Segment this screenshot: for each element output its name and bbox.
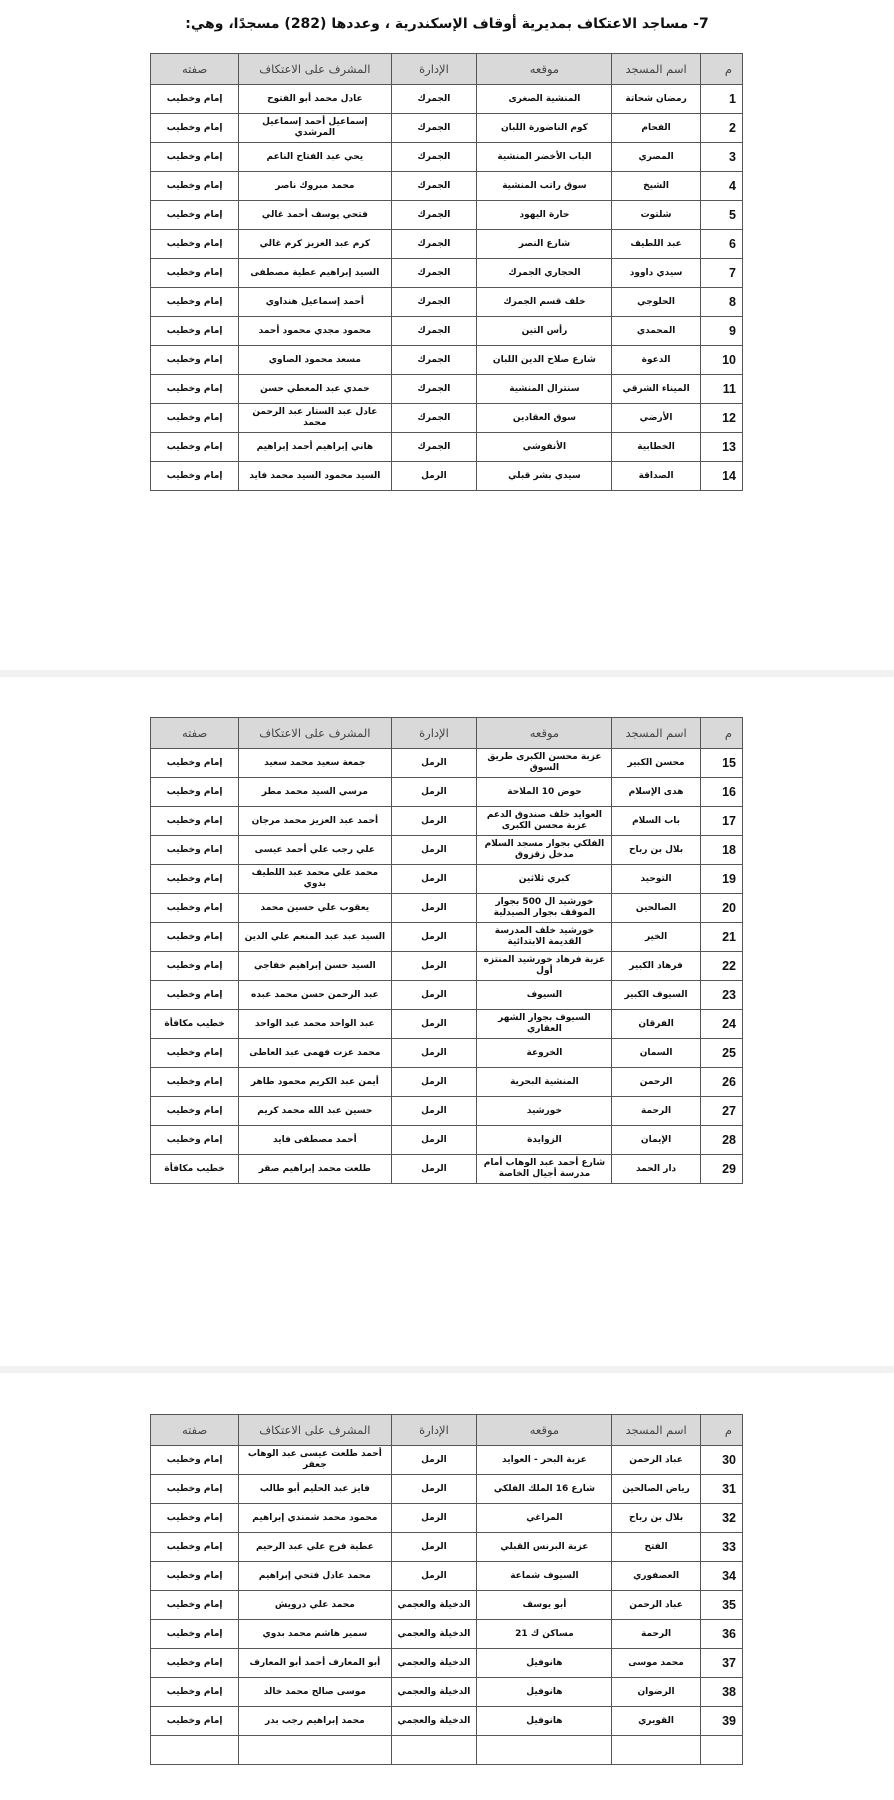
column-header-mosque-location: موقعه — [477, 54, 612, 85]
cell-supervisor-name: محمود محمد شمندي إبراهيم — [239, 1504, 391, 1533]
cell-row-number: 25 — [700, 1039, 742, 1068]
cell-supervisor-name: طلعت محمد إبراهيم صقر — [239, 1155, 391, 1184]
column-header-mosque-name: اسم المسجد — [612, 1415, 700, 1446]
cell-administration: الدخيلة والعجمي — [391, 1678, 477, 1707]
cell-administration: الرمل — [391, 1562, 477, 1591]
cell-row-number: 34 — [700, 1562, 742, 1591]
cell-supervisor-role: إمام وخطيب — [151, 1126, 239, 1155]
column-header-row-number: م — [700, 1415, 742, 1446]
table-row: 39القويريهانوفيلالدخيلة والعجميمحمد إبرا… — [151, 1707, 743, 1736]
cell-mosque-name: الخير — [612, 923, 700, 952]
cell-administration: الجمرك — [391, 317, 477, 346]
cell-administration: الجمرك — [391, 85, 477, 114]
cell-mosque-location: هانوفيل — [477, 1707, 612, 1736]
cell-mosque-location: الأنفوشي — [477, 433, 612, 462]
page-title: 7- مساجد الاعتكاف بمديرية أوقاف الإسكندر… — [0, 16, 894, 32]
table-row: 2الفحامكوم الناضورة اللبانالجمركإسماعيل … — [151, 114, 743, 143]
cell-mosque-name: محمد موسى — [612, 1649, 700, 1678]
table-row: 32بلال بن رباحالمراغيالرملمحمود محمد شمن… — [151, 1504, 743, 1533]
cell-supervisor-name: إسماعيل أحمد إسماعيل المرشدي — [239, 114, 391, 143]
cell-mosque-name: السمان — [612, 1039, 700, 1068]
cell-supervisor-name: محمد علي درويش — [239, 1591, 391, 1620]
cell-mosque-name: التوحيد — [612, 865, 700, 894]
cell-mosque-name: محسن الكبير — [612, 749, 700, 778]
cell-mosque-location: الخروعة — [477, 1039, 612, 1068]
table-row: 1رمضان شحاتةالمنشية الصغرىالجمركعادل محم… — [151, 85, 743, 114]
cell-mosque-name — [612, 1736, 700, 1765]
cell-mosque-name: الإيمان — [612, 1126, 700, 1155]
cell-supervisor-name: محمد عزت فهمى عبد العاطى — [239, 1039, 391, 1068]
cell-administration: الجمرك — [391, 259, 477, 288]
cell-administration: الدخيلة والعجمي — [391, 1649, 477, 1678]
cell-supervisor-name: حمدي عبد المعطي حسن — [239, 375, 391, 404]
cell-supervisor-role: إمام وخطيب — [151, 404, 239, 433]
cell-supervisor-name: أحمد طلعت عيسى عبد الوهاب جعفر — [239, 1446, 391, 1475]
cell-mosque-location: كبري ثلاثين — [477, 865, 612, 894]
cell-administration: الرمل — [391, 1039, 477, 1068]
cell-row-number: 39 — [700, 1707, 742, 1736]
cell-row-number: 16 — [700, 778, 742, 807]
cell-supervisor-name: كرم عبد العزيز كرم غالي — [239, 230, 391, 259]
cell-mosque-location: خورشيد ال 500 بجوار الموقف بجوار الصيدلي… — [477, 894, 612, 923]
cell-administration: الجمرك — [391, 288, 477, 317]
table-row: 13الخطابيةالأنفوشيالجمركهاني إبراهيم أحم… — [151, 433, 743, 462]
table-row: 5شلتوتحارة اليهودالجمركفتحي يوسف أحمد غا… — [151, 201, 743, 230]
cell-mosque-location: المنشية الصغرى — [477, 85, 612, 114]
cell-mosque-name: الدعوة — [612, 346, 700, 375]
cell-mosque-location: شارع 16 الملك الفلكي — [477, 1475, 612, 1504]
cell-row-number: 19 — [700, 865, 742, 894]
cell-mosque-location: العوايد خلف صندوق الدعم عزبة محسن الكبرى — [477, 807, 612, 836]
column-header-supervisor-role: صفته — [151, 54, 239, 85]
cell-mosque-location — [477, 1736, 612, 1765]
column-header-supervisor-name: المشرف على الاعتكاف — [239, 54, 391, 85]
column-header-mosque-location: موقعه — [477, 718, 612, 749]
cell-supervisor-name: محمود مجدي محمود أحمد — [239, 317, 391, 346]
cell-mosque-name: رمضان شحاتة — [612, 85, 700, 114]
cell-mosque-location: حوض 10 الملاحة — [477, 778, 612, 807]
cell-row-number: 35 — [700, 1591, 742, 1620]
cell-supervisor-name: محمد مبروك ناصر — [239, 172, 391, 201]
cell-supervisor-name — [239, 1736, 391, 1765]
cell-mosque-name: فرهاد الكبير — [612, 952, 700, 981]
table-row: 33الفتحعزبة البرنس القبليالرملعطية فرج ع… — [151, 1533, 743, 1562]
cell-mosque-name: عباد الرحمن — [612, 1591, 700, 1620]
cell-supervisor-role: إمام وخطيب — [151, 923, 239, 952]
cell-mosque-name: الأرضي — [612, 404, 700, 433]
cell-row-number: 15 — [700, 749, 742, 778]
cell-mosque-location: عزبة محسن الكبرى طريق السوق — [477, 749, 612, 778]
cell-supervisor-role: إمام وخطيب — [151, 952, 239, 981]
table-row: 36الرحمةمساكن ك 21الدخيلة والعجميسمير ها… — [151, 1620, 743, 1649]
column-header-administration: الإدارة — [391, 1415, 477, 1446]
cell-supervisor-role: إمام وخطيب — [151, 1504, 239, 1533]
cell-supervisor-role: إمام وخطيب — [151, 1039, 239, 1068]
cell-mosque-name: الصداقة — [612, 462, 700, 491]
cell-supervisor-role: إمام وخطيب — [151, 807, 239, 836]
cell-administration: الجمرك — [391, 172, 477, 201]
cell-administration: الرمل — [391, 923, 477, 952]
cell-supervisor-role: إمام وخطيب — [151, 230, 239, 259]
cell-supervisor-name: عبد الواحد محمد عبد الواحد — [239, 1010, 391, 1039]
table-row: 21الخيرخورشيد خلف المدرسة القديمة الابتد… — [151, 923, 743, 952]
cell-row-number: 17 — [700, 807, 742, 836]
cell-supervisor-name: عادل عبد الستار عبد الرحمن محمد — [239, 404, 391, 433]
cell-mosque-location: السيوف بجوار الشهر العقاري — [477, 1010, 612, 1039]
cell-supervisor-role: إمام وخطيب — [151, 114, 239, 143]
cell-supervisor-role: إمام وخطيب — [151, 836, 239, 865]
cell-supervisor-role: إمام وخطيب — [151, 85, 239, 114]
table-row: 26الرحمنالمنشية البحريةالرملأيمن عبد الك… — [151, 1068, 743, 1097]
cell-administration: الرمل — [391, 807, 477, 836]
cell-supervisor-role: إمام وخطيب — [151, 1446, 239, 1475]
cell-mosque-name: الرحمة — [612, 1097, 700, 1126]
cell-row-number: 3 — [700, 143, 742, 172]
table-row: 34العصفوريالسيوف شماعةالرملمحمد عادل فتح… — [151, 1562, 743, 1591]
cell-mosque-name: المحمدي — [612, 317, 700, 346]
cell-supervisor-name: سمير هاشم محمد بدوي — [239, 1620, 391, 1649]
cell-mosque-location: عزبة البحر - العوايد — [477, 1446, 612, 1475]
table-row: 38الرضوانهانوفيلالدخيلة والعجميموسى صالح… — [151, 1678, 743, 1707]
table-row: 29دار الحمدشارع أحمد عبد الوهاب أمام مدر… — [151, 1155, 743, 1184]
cell-supervisor-role: إمام وخطيب — [151, 778, 239, 807]
cell-supervisor-role: إمام وخطيب — [151, 259, 239, 288]
cell-supervisor-role: إمام وخطيب — [151, 433, 239, 462]
cell-supervisor-role: إمام وخطيب — [151, 1707, 239, 1736]
cell-supervisor-role: إمام وخطيب — [151, 1097, 239, 1126]
cell-row-number: 28 — [700, 1126, 742, 1155]
cell-supervisor-name: مسعد محمود الصاوي — [239, 346, 391, 375]
cell-supervisor-name: مرسي السيد محمد مطر — [239, 778, 391, 807]
cell-administration: الدخيلة والعجمي — [391, 1707, 477, 1736]
cell-supervisor-role: إمام وخطيب — [151, 346, 239, 375]
cell-mosque-name: المصري — [612, 143, 700, 172]
cell-mosque-location: الحجاري الجمرك — [477, 259, 612, 288]
cell-supervisor-name: فايز عبد الحليم أبو طالب — [239, 1475, 391, 1504]
cell-administration: الجمرك — [391, 433, 477, 462]
table-row: 25السمانالخروعةالرملمحمد عزت فهمى عبد ال… — [151, 1039, 743, 1068]
cell-mosque-location: خورشيد خلف المدرسة القديمة الابتدائية — [477, 923, 612, 952]
cell-row-number: 6 — [700, 230, 742, 259]
table-header-row: ماسم المسجدموقعهالإدارةالمشرف على الاعتك… — [151, 1415, 743, 1446]
column-header-administration: الإدارة — [391, 718, 477, 749]
cell-mosque-location: عزبة البرنس القبلي — [477, 1533, 612, 1562]
cell-row-number: 12 — [700, 404, 742, 433]
cell-mosque-name: الفرقان — [612, 1010, 700, 1039]
cell-supervisor-name: موسى صالح محمد خالد — [239, 1678, 391, 1707]
cell-supervisor-role: إمام وخطيب — [151, 981, 239, 1010]
cell-administration: الجمرك — [391, 114, 477, 143]
cell-row-number: 9 — [700, 317, 742, 346]
cell-mosque-name: الرضوان — [612, 1678, 700, 1707]
table-row: 19التوحيدكبري ثلاثينالرملمحمد علي محمد ع… — [151, 865, 743, 894]
cell-administration: الرمل — [391, 836, 477, 865]
mosques-table-page-3: ماسم المسجدموقعهالإدارةالمشرف على الاعتك… — [150, 1414, 743, 1765]
column-header-administration: الإدارة — [391, 54, 477, 85]
cell-supervisor-role: إمام وخطيب — [151, 1068, 239, 1097]
cell-administration: الرمل — [391, 1446, 477, 1475]
cell-row-number: 13 — [700, 433, 742, 462]
page-separator — [0, 670, 894, 677]
cell-mosque-location: عزبة فرهاد خورشيد المنتزه أول — [477, 952, 612, 981]
cell-supervisor-role: إمام وخطيب — [151, 143, 239, 172]
cell-mosque-name: الميناء الشرقي — [612, 375, 700, 404]
cell-row-number: 2 — [700, 114, 742, 143]
cell-mosque-name: شلتوت — [612, 201, 700, 230]
cell-row-number: 1 — [700, 85, 742, 114]
cell-supervisor-name: علي رجب علي أحمد عيسى — [239, 836, 391, 865]
cell-row-number: 31 — [700, 1475, 742, 1504]
cell-administration: الرمل — [391, 1533, 477, 1562]
cell-supervisor-role — [151, 1736, 239, 1765]
column-header-row-number: م — [700, 718, 742, 749]
column-header-row-number: م — [700, 54, 742, 85]
cell-supervisor-name: أحمد إسماعيل هنداوي — [239, 288, 391, 317]
cell-mosque-location: سوق راتب المنشية — [477, 172, 612, 201]
cell-supervisor-role: إمام وخطيب — [151, 1678, 239, 1707]
table-row: 10الدعوةشارع صلاح الدين اللبانالجمركمسعد… — [151, 346, 743, 375]
table-row: 22فرهاد الكبيرعزبة فرهاد خورشيد المنتزه … — [151, 952, 743, 981]
cell-administration: الجمرك — [391, 201, 477, 230]
cell-mosque-location: الباب الأخضر المنشية — [477, 143, 612, 172]
cell-mosque-name: الرحمن — [612, 1068, 700, 1097]
cell-administration: الجمرك — [391, 346, 477, 375]
cell-administration: الرمل — [391, 1475, 477, 1504]
cell-mosque-location: المنشية البحرية — [477, 1068, 612, 1097]
cell-administration: الرمل — [391, 1010, 477, 1039]
cell-mosque-name: القويري — [612, 1707, 700, 1736]
cell-supervisor-name: أحمد عبد العزيز محمد مرجان — [239, 807, 391, 836]
cell-row-number: 10 — [700, 346, 742, 375]
cell-mosque-location: سيدي بشر قبلي — [477, 462, 612, 491]
cell-row-number: 38 — [700, 1678, 742, 1707]
cell-mosque-location: السيوف — [477, 981, 612, 1010]
cell-administration: الرمل — [391, 1068, 477, 1097]
table-row: 20الصالحينخورشيد ال 500 بجوار الموقف بجو… — [151, 894, 743, 923]
cell-supervisor-name: يحي عبد الفتاح الناعم — [239, 143, 391, 172]
cell-administration: الجمرك — [391, 404, 477, 433]
column-header-supervisor-role: صفته — [151, 718, 239, 749]
cell-supervisor-name: جمعة سعيد محمد سعيد — [239, 749, 391, 778]
cell-supervisor-role: إمام وخطيب — [151, 462, 239, 491]
mosques-table-page-2: ماسم المسجدموقعهالإدارةالمشرف على الاعتك… — [150, 717, 743, 1184]
cell-supervisor-name: يعقوب علي حسين محمد — [239, 894, 391, 923]
cell-mosque-name: العصفوري — [612, 1562, 700, 1591]
cell-administration: الجمرك — [391, 230, 477, 259]
table-row: 9المحمديرأس التينالجمركمحمود مجدي محمود … — [151, 317, 743, 346]
column-header-supervisor-name: المشرف على الاعتكاف — [239, 1415, 391, 1446]
cell-row-number: 37 — [700, 1649, 742, 1678]
cell-administration: الرمل — [391, 1126, 477, 1155]
cell-row-number: 29 — [700, 1155, 742, 1184]
cell-supervisor-name: السيد محمود السيد محمد فايد — [239, 462, 391, 491]
cell-administration: الدخيلة والعجمي — [391, 1620, 477, 1649]
cell-mosque-location: سوق العقادين — [477, 404, 612, 433]
cell-administration: الجمرك — [391, 375, 477, 404]
cell-mosque-location: شارع أحمد عبد الوهاب أمام مدرسة أجيال ال… — [477, 1155, 612, 1184]
cell-supervisor-role: إمام وخطيب — [151, 894, 239, 923]
table-row: 30عباد الرحمنعزبة البحر - العوايدالرملأح… — [151, 1446, 743, 1475]
cell-supervisor-name: عادل محمد أبو الفتوح — [239, 85, 391, 114]
cell-row-number: 8 — [700, 288, 742, 317]
cell-mosque-name: الرحمة — [612, 1620, 700, 1649]
cell-mosque-name: سيدي داوود — [612, 259, 700, 288]
cell-row-number: 27 — [700, 1097, 742, 1126]
table-row: 28الإيمانالزوايدةالرملأحمد مصطفى فايدإما… — [151, 1126, 743, 1155]
cell-mosque-location: الزوايدة — [477, 1126, 612, 1155]
column-header-supervisor-role: صفته — [151, 1415, 239, 1446]
cell-row-number: 36 — [700, 1620, 742, 1649]
cell-mosque-name: الفحام — [612, 114, 700, 143]
table-row: 16هدى الإسلامحوض 10 الملاحةالرملمرسي الس… — [151, 778, 743, 807]
cell-supervisor-name: أيمن عبد الكريم محمود طاهر — [239, 1068, 391, 1097]
cell-administration: الجمرك — [391, 143, 477, 172]
table-row: 12الأرضيسوق العقادينالجمركعادل عبد الستا… — [151, 404, 743, 433]
cell-supervisor-name: عبد الرحمن حسن محمد عبده — [239, 981, 391, 1010]
table-row: 24الفرقانالسيوف بجوار الشهر العقاريالرمل… — [151, 1010, 743, 1039]
mosques-table-page-1: ماسم المسجدموقعهالإدارةالمشرف على الاعتك… — [150, 53, 743, 491]
table-row — [151, 1736, 743, 1765]
cell-administration: الرمل — [391, 462, 477, 491]
cell-supervisor-role: إمام وخطيب — [151, 1649, 239, 1678]
cell-supervisor-role: إمام وخطيب — [151, 201, 239, 230]
cell-mosque-location: سنترال المنشية — [477, 375, 612, 404]
cell-administration: الرمل — [391, 1504, 477, 1533]
cell-row-number: 20 — [700, 894, 742, 923]
table-header-row: ماسم المسجدموقعهالإدارةالمشرف على الاعتك… — [151, 718, 743, 749]
page-separator — [0, 1366, 894, 1373]
cell-mosque-location: هانوفيل — [477, 1649, 612, 1678]
cell-mosque-name: الفتح — [612, 1533, 700, 1562]
cell-supervisor-name: محمد إبراهيم رجب بدر — [239, 1707, 391, 1736]
cell-supervisor-name: حسين عبد الله محمد كريم — [239, 1097, 391, 1126]
cell-supervisor-role: إمام وخطيب — [151, 288, 239, 317]
table-row: 11الميناء الشرقيسنترال المنشيةالجمركحمدي… — [151, 375, 743, 404]
cell-supervisor-role: إمام وخطيب — [151, 1562, 239, 1591]
table-row: 27الرحمةخورشيدالرملحسين عبد الله محمد كر… — [151, 1097, 743, 1126]
table-row: 15محسن الكبيرعزبة محسن الكبرى طريق السوق… — [151, 749, 743, 778]
cell-administration: الرمل — [391, 865, 477, 894]
cell-mosque-name: الحلوجي — [612, 288, 700, 317]
cell-supervisor-role: خطيب مكافأة — [151, 1010, 239, 1039]
cell-mosque-name: بلال بن رباح — [612, 836, 700, 865]
cell-mosque-name: الصالحين — [612, 894, 700, 923]
table-row: 4الشيخسوق راتب المنشيةالجمركمحمد مبروك ن… — [151, 172, 743, 201]
cell-mosque-location: خورشيد — [477, 1097, 612, 1126]
column-header-mosque-location: موقعه — [477, 1415, 612, 1446]
cell-mosque-location: هانوفيل — [477, 1678, 612, 1707]
table-row: 8الحلوجيخلف قسم الجمركالجمركأحمد إسماعيل… — [151, 288, 743, 317]
table-header-row: ماسم المسجدموقعهالإدارةالمشرف على الاعتك… — [151, 54, 743, 85]
table-row: 31رياض الصالحينشارع 16 الملك الفلكيالرمل… — [151, 1475, 743, 1504]
cell-row-number: 7 — [700, 259, 742, 288]
column-header-supervisor-name: المشرف على الاعتكاف — [239, 718, 391, 749]
table-row: 3المصريالباب الأخضر المنشيةالجمركيحي عبد… — [151, 143, 743, 172]
cell-administration: الرمل — [391, 894, 477, 923]
cell-row-number: 14 — [700, 462, 742, 491]
cell-row-number: 18 — [700, 836, 742, 865]
cell-mosque-location: أبو يوسف — [477, 1591, 612, 1620]
column-header-mosque-name: اسم المسجد — [612, 718, 700, 749]
cell-row-number: 4 — [700, 172, 742, 201]
cell-supervisor-name: السيد حسن إبراهيم خفاجي — [239, 952, 391, 981]
cell-row-number: 30 — [700, 1446, 742, 1475]
cell-mosque-name: الخطابية — [612, 433, 700, 462]
cell-supervisor-role: إمام وخطيب — [151, 1475, 239, 1504]
cell-supervisor-name: أحمد مصطفى فايد — [239, 1126, 391, 1155]
cell-supervisor-name: فتحي يوسف أحمد غالي — [239, 201, 391, 230]
cell-mosque-location: خلف قسم الجمرك — [477, 288, 612, 317]
cell-supervisor-role: إمام وخطيب — [151, 1620, 239, 1649]
cell-administration: الرمل — [391, 1155, 477, 1184]
cell-supervisor-name: محمد علي محمد عبد اللطيف بدوي — [239, 865, 391, 894]
cell-administration: الرمل — [391, 1097, 477, 1126]
cell-supervisor-role: إمام وخطيب — [151, 865, 239, 894]
cell-row-number: 11 — [700, 375, 742, 404]
cell-supervisor-role: إمام وخطيب — [151, 317, 239, 346]
cell-mosque-name: رياض الصالحين — [612, 1475, 700, 1504]
cell-mosque-name: عباد الرحمن — [612, 1446, 700, 1475]
cell-supervisor-name: السيد إبراهيم عطية مصطفى — [239, 259, 391, 288]
cell-mosque-name: باب السلام — [612, 807, 700, 836]
cell-supervisor-name: هاني إبراهيم أحمد إبراهيم — [239, 433, 391, 462]
cell-supervisor-role: خطيب مكافأة — [151, 1155, 239, 1184]
cell-mosque-name: دار الحمد — [612, 1155, 700, 1184]
cell-row-number: 32 — [700, 1504, 742, 1533]
cell-row-number — [700, 1736, 742, 1765]
cell-row-number: 24 — [700, 1010, 742, 1039]
table-row: 37محمد موسىهانوفيلالدخيلة والعجميأبو الم… — [151, 1649, 743, 1678]
cell-mosque-location: المراغي — [477, 1504, 612, 1533]
table-row: 35عباد الرحمنأبو يوسفالدخيلة والعجميمحمد… — [151, 1591, 743, 1620]
cell-row-number: 33 — [700, 1533, 742, 1562]
cell-mosque-location: شارع صلاح الدين اللبان — [477, 346, 612, 375]
cell-supervisor-name: عطية فرج علي عبد الرحيم — [239, 1533, 391, 1562]
cell-mosque-name: السيوف الكبير — [612, 981, 700, 1010]
cell-supervisor-role: إمام وخطيب — [151, 172, 239, 201]
cell-mosque-name: بلال بن رباح — [612, 1504, 700, 1533]
cell-mosque-name: هدى الإسلام — [612, 778, 700, 807]
cell-row-number: 22 — [700, 952, 742, 981]
cell-mosque-name: الشيخ — [612, 172, 700, 201]
cell-supervisor-name: محمد عادل فتحي إبراهيم — [239, 1562, 391, 1591]
cell-supervisor-role: إمام وخطيب — [151, 749, 239, 778]
cell-administration — [391, 1736, 477, 1765]
cell-administration: الدخيلة والعجمي — [391, 1591, 477, 1620]
cell-mosque-location: مساكن ك 21 — [477, 1620, 612, 1649]
table-row: 23السيوف الكبيرالسيوفالرملعبد الرحمن حسن… — [151, 981, 743, 1010]
cell-mosque-name: عبد اللطيف — [612, 230, 700, 259]
table-row: 17باب السلامالعوايد خلف صندوق الدعم عزبة… — [151, 807, 743, 836]
cell-administration: الرمل — [391, 778, 477, 807]
cell-supervisor-role: إمام وخطيب — [151, 375, 239, 404]
cell-mosque-location: السيوف شماعة — [477, 1562, 612, 1591]
cell-administration: الرمل — [391, 749, 477, 778]
cell-mosque-location: كوم الناضورة اللبان — [477, 114, 612, 143]
cell-supervisor-name: أبو المعارف أحمد أبو المعارف — [239, 1649, 391, 1678]
column-header-mosque-name: اسم المسجد — [612, 54, 700, 85]
cell-row-number: 21 — [700, 923, 742, 952]
table-row: 6عبد اللطيفشارع النصرالجمرككرم عبد العزي… — [151, 230, 743, 259]
cell-supervisor-role: إمام وخطيب — [151, 1591, 239, 1620]
table-row: 14الصداقةسيدي بشر قبليالرملالسيد محمود ا… — [151, 462, 743, 491]
table-row: 7سيدي داوودالحجاري الجمركالجمركالسيد إبر… — [151, 259, 743, 288]
cell-row-number: 26 — [700, 1068, 742, 1097]
cell-row-number: 5 — [700, 201, 742, 230]
cell-supervisor-role: إمام وخطيب — [151, 1533, 239, 1562]
cell-administration: الرمل — [391, 981, 477, 1010]
cell-mosque-location: حارة اليهود — [477, 201, 612, 230]
